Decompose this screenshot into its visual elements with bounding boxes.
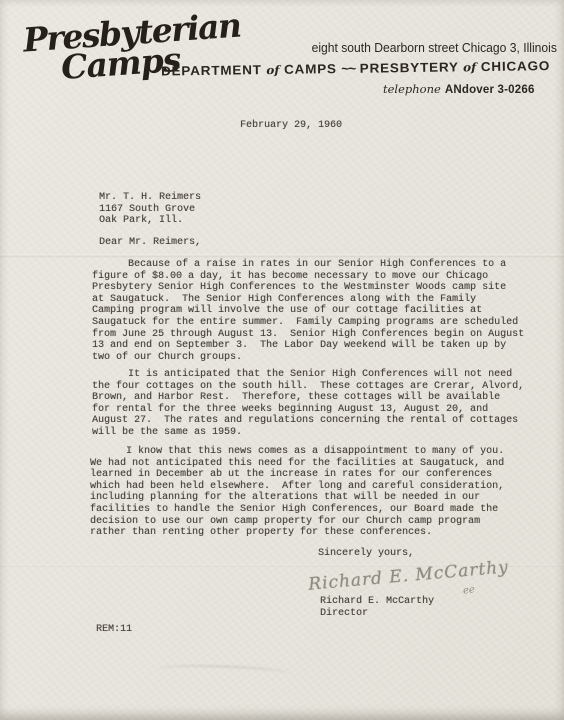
reference-initials: REM:11 xyxy=(96,624,132,636)
salutation: Dear Mr. Reimers, xyxy=(99,237,201,249)
signature-flourish: ee xyxy=(462,584,475,597)
scan-bottom-edge xyxy=(0,708,564,720)
department-word: DEPARTMENT xyxy=(161,63,262,79)
letterhead-telephone: telephoneANdover 3-0266 xyxy=(383,82,535,96)
telephone-label: telephone xyxy=(383,82,441,96)
of-word: of xyxy=(463,61,476,75)
pencil-smudge xyxy=(158,664,288,679)
camps-word: CAMPS xyxy=(284,62,337,77)
telephone-number: ANdover 3-0266 xyxy=(445,84,535,96)
chicago-word: CHICAGO xyxy=(481,59,551,74)
of-word: of xyxy=(266,63,279,77)
tilde-divider: ~~ xyxy=(341,61,355,76)
body-paragraph-3: I know that this news comes as a disappo… xyxy=(90,446,504,539)
fold-crease-top xyxy=(0,254,564,258)
handwritten-signature: Richard E. McCarthy xyxy=(308,557,510,594)
recipient-address-block: Mr. T. H. Reimers 1167 South Grove Oak P… xyxy=(99,192,201,227)
letterhead-street-address: eight south Dearborn street Chicago 3, I… xyxy=(312,41,557,55)
letter-page: Presbyterian Camps eight south Dearborn … xyxy=(0,0,564,720)
body-paragraph-2: It is anticipated that the Senior High C… xyxy=(92,369,524,439)
typed-signer-name: Richard E. McCarthy xyxy=(320,596,434,608)
closing-phrase: Sincerely yours, xyxy=(318,548,414,560)
presbytery-word: PRESBYTERY xyxy=(360,60,459,76)
body-paragraph-1: Because of a raise in rates in our Senio… xyxy=(92,259,524,363)
letter-date: February 29, 1960 xyxy=(240,120,342,132)
typed-signer-title: Director xyxy=(320,608,368,620)
